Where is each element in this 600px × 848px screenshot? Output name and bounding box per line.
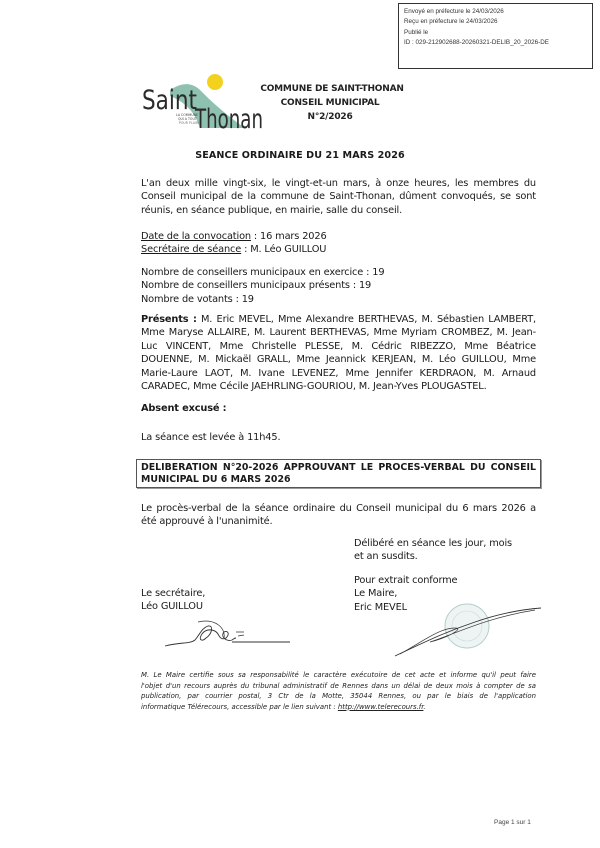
deliberated-note: Délibéré en séance les jour, mois et an … bbox=[354, 537, 544, 564]
secretary-signature-block: Le secrétaire, Léo GUILLOU bbox=[141, 587, 291, 614]
present-list: Présents : M. Eric MEVEL, Mme Alexandre … bbox=[141, 313, 536, 393]
logo-word-thonan: Thonan bbox=[194, 104, 263, 132]
legal-notice: M. Le Maire certifie sous sa responsabil… bbox=[141, 670, 536, 712]
commune-name: COMMUNE DE SAINT-THONAN bbox=[259, 82, 405, 96]
deliberation-title-line-1: DELIBERATION N°20-2026 APPROUVANT LE PRO… bbox=[141, 462, 536, 474]
absent-label: Absent excusé : bbox=[141, 402, 536, 415]
stamp-received: Reçu en préfecture le 24/03/2026 bbox=[404, 17, 587, 27]
document-header: COMMUNE DE SAINT-THONAN CONSEIL MUNICIPA… bbox=[255, 82, 405, 124]
stamp-id: ID : 029-212902688-20260321-DELIB_20_202… bbox=[404, 38, 587, 48]
saint-thonan-logo: Saint Thonan LA COMMUNE QUI A TOUT POUR … bbox=[140, 72, 265, 132]
council-name: CONSEIL MUNICIPAL bbox=[255, 96, 405, 110]
intro-paragraph: L'an deux mille vingt-six, le vingt-et-u… bbox=[141, 177, 536, 217]
stamp-sent: Envoyé en préfecture le 24/03/2026 bbox=[404, 7, 587, 17]
convocation-label: Date de la convocation bbox=[141, 231, 251, 242]
absent-block: Absent excusé : bbox=[141, 402, 536, 415]
session-number: N°2/2026 bbox=[255, 110, 405, 124]
mayor-signature-and-seal bbox=[385, 598, 545, 658]
extract-conforme: Pour extrait conforme bbox=[354, 574, 544, 587]
deliberation-body: Le procès-verbal de la séance ordinaire … bbox=[141, 502, 536, 529]
secretary-sign-name: Léo GUILLOU bbox=[141, 600, 291, 613]
page-number: Page 1 sur 1 bbox=[494, 819, 531, 826]
secretary-title: Le secrétaire, bbox=[141, 587, 291, 600]
session-title: SEANCE ORDINAIRE DU 21 MARS 2026 bbox=[0, 150, 600, 161]
deliberation-title-line-2: MUNICIPAL DU 6 MARS 2026 bbox=[141, 474, 536, 486]
count-present: Nombre de conseillers municipaux présent… bbox=[141, 279, 536, 292]
count-voters: Nombre de votants : 19 bbox=[141, 293, 536, 306]
stamp-published: Publié le bbox=[404, 28, 587, 38]
present-label: Présents : bbox=[141, 314, 197, 325]
telerecours-link[interactable]: http://www.telerecours.fr bbox=[338, 703, 424, 711]
convocation-info: Date de la convocation : 16 mars 2026 Se… bbox=[141, 230, 536, 257]
prefecture-stamp: Envoyé en préfecture le 24/03/2026 Reçu … bbox=[398, 3, 593, 69]
counts-block: Nombre de conseillers municipaux en exer… bbox=[141, 266, 536, 306]
secretary-name: : M. Léo GUILLOU bbox=[241, 244, 326, 255]
svg-text:POUR PLAIRE: POUR PLAIRE bbox=[179, 121, 200, 125]
count-in-office: Nombre de conseillers municipaux en exer… bbox=[141, 266, 536, 279]
closing-line: La séance est levée à 11h45. bbox=[141, 431, 536, 444]
logo-word-saint: Saint bbox=[142, 85, 197, 116]
secretary-label: Secrétaire de séance bbox=[141, 244, 241, 255]
secretary-signature bbox=[160, 620, 300, 652]
convocation-date: : 16 mars 2026 bbox=[251, 231, 327, 242]
deliberation-title-box: DELIBERATION N°20-2026 APPROUVANT LE PRO… bbox=[136, 459, 541, 488]
